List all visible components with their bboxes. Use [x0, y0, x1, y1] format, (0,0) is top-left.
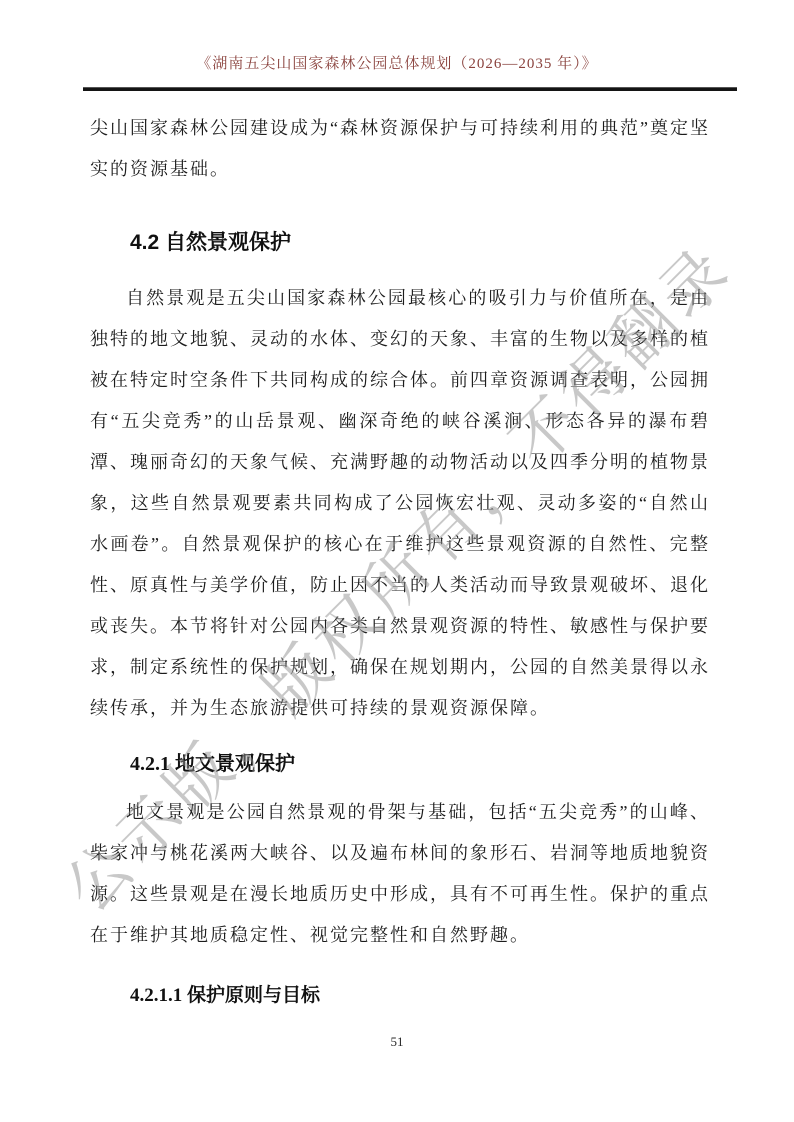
section-heading-4-2-1: 4.2.1 地文景观保护: [130, 747, 710, 776]
section-heading-4-2: 4.2 自然景观保护: [130, 226, 710, 256]
page-number: 51: [0, 1034, 794, 1050]
header-rule: [83, 87, 737, 91]
running-header-title: 《湖南五尖山国家森林公园总体规划（2026—2035 年）》: [0, 52, 794, 73]
paragraph-intro-continuation: 尖山国家森林公园建设成为“森林资源保护与可持续利用的典范”奠定坚实的资源基础。: [90, 108, 710, 190]
paragraph-natural-landscape-overview: 自然景观是五尖山国家森林公园最核心的吸引力与价值所在，是由独特的地文地貌、灵动的…: [90, 278, 710, 729]
page-content: 尖山国家森林公园建设成为“森林资源保护与可持续利用的典范”奠定坚实的资源基础。 …: [90, 108, 710, 1007]
section-heading-4-2-1-1: 4.2.1.1 保护原则与目标: [130, 980, 710, 1007]
document-page: 《湖南五尖山国家森林公园总体规划（2026—2035 年）》 尖山国家森林公园建…: [0, 0, 794, 1122]
paragraph-geological-landscape: 地文景观是公园自然景观的骨架与基础，包括“五尖竞秀”的山峰、柴家冲与桃花溪两大峡…: [90, 792, 710, 956]
